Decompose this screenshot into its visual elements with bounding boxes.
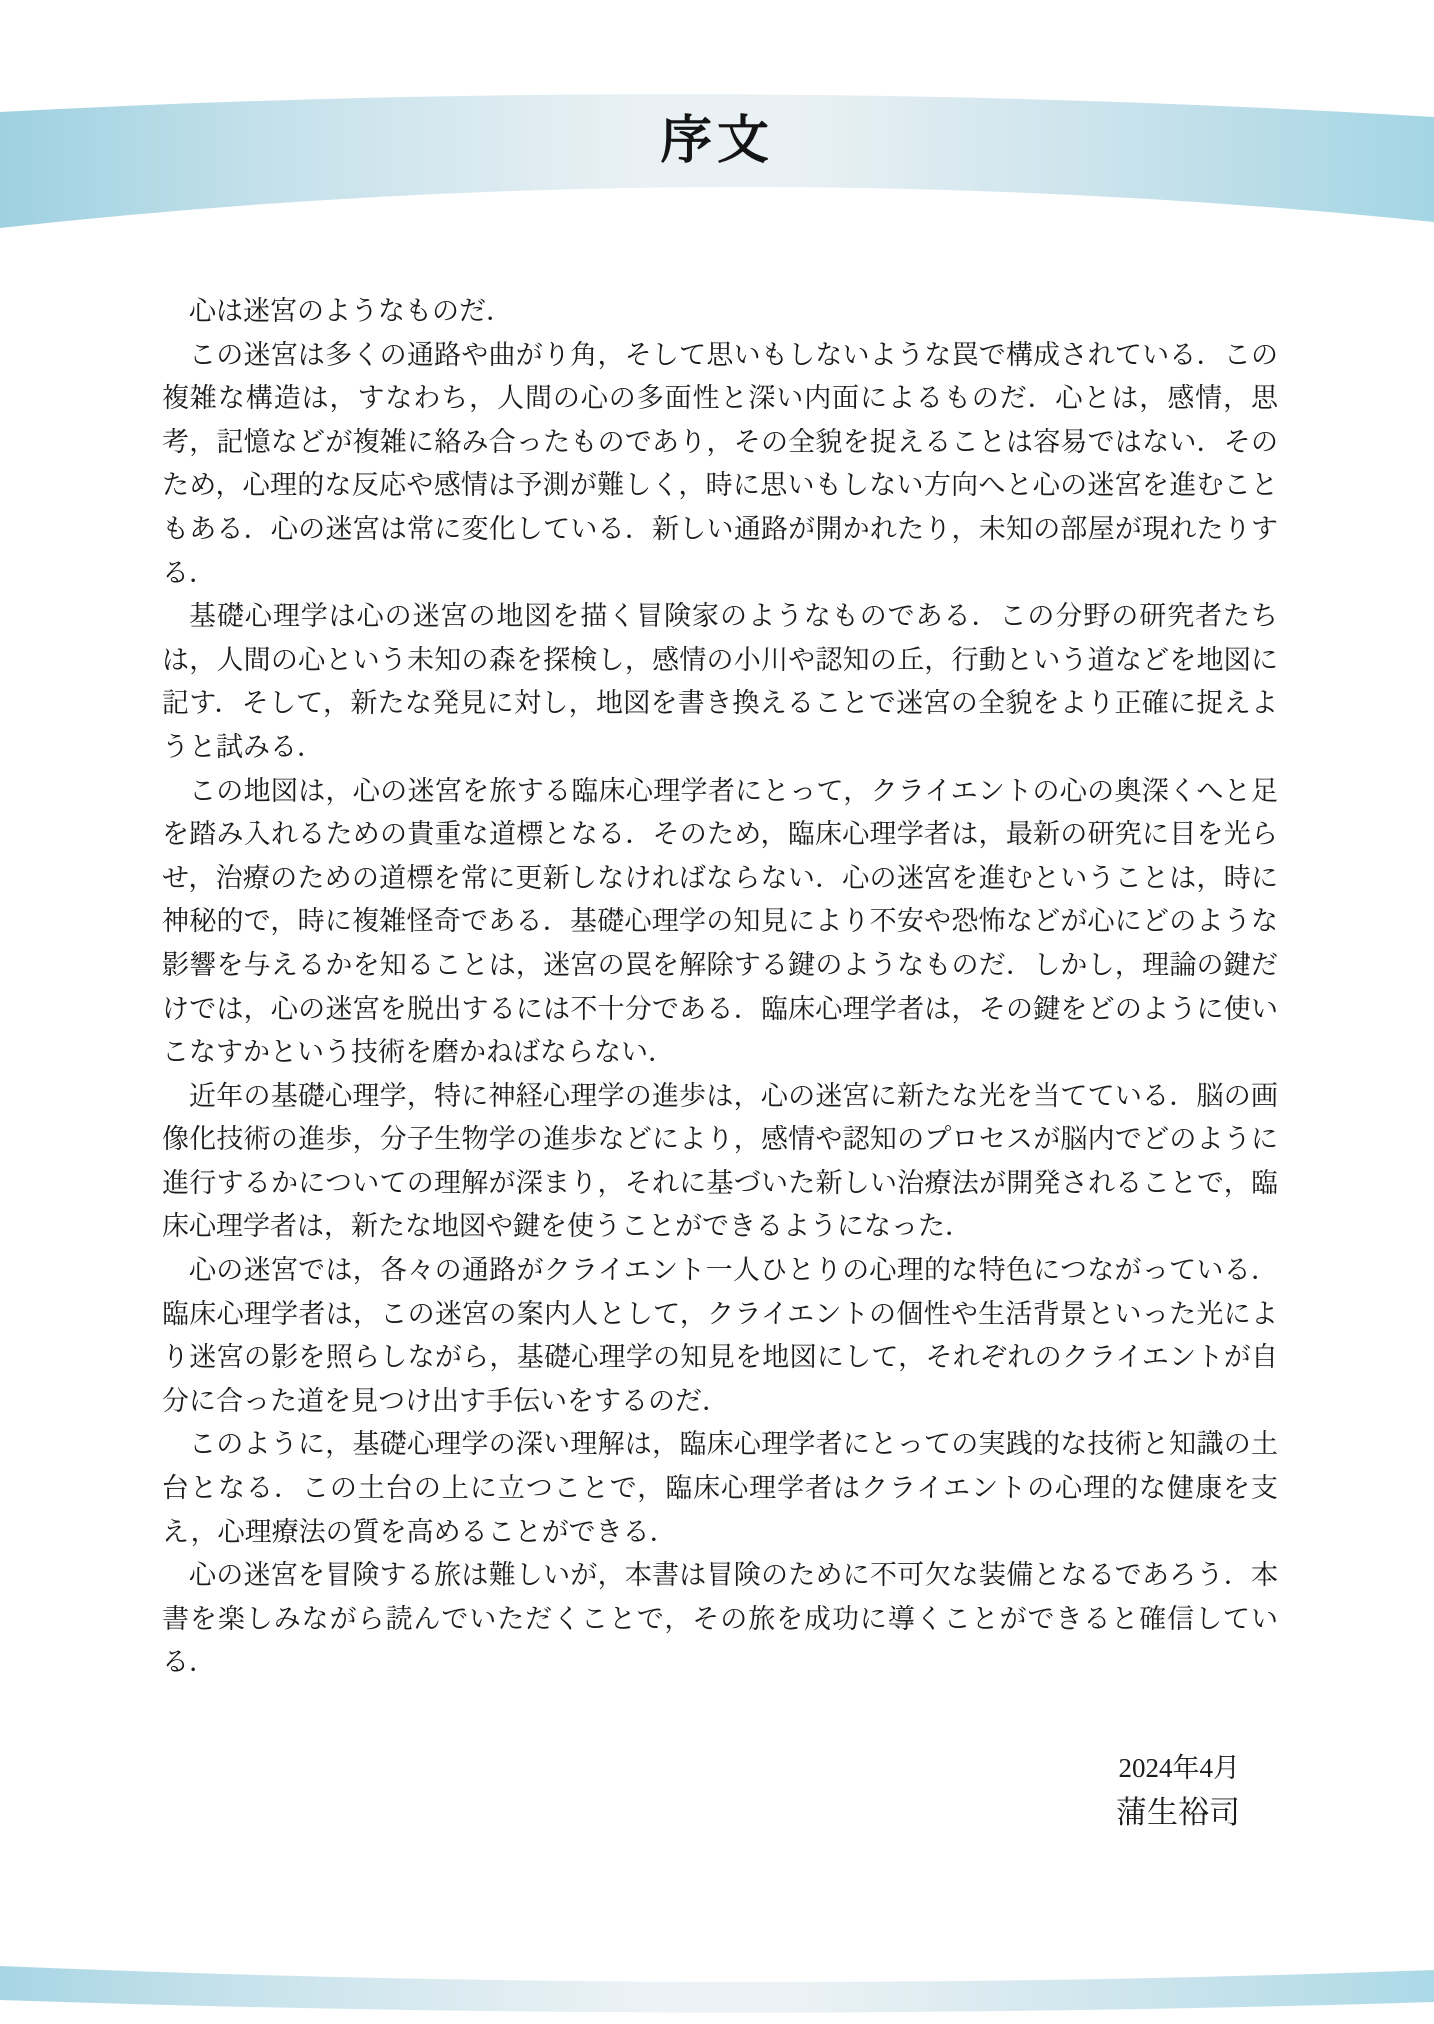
signature-author: 蒲生裕司 bbox=[1116, 1790, 1240, 1836]
paragraph: 心の迷宮では，各々の通路がクライエント一人ひとりの心理的な特色につながっている．… bbox=[162, 1249, 1278, 1423]
signature-block: 2024年4月 蒲生裕司 bbox=[1116, 1746, 1240, 1836]
signature-date: 2024年4月 bbox=[1116, 1746, 1240, 1790]
paragraph: この地図は，心の迷宮を旅する臨床心理学者にとって，クライエントの心の奥深くへと足… bbox=[162, 770, 1278, 1075]
footer-ribbon bbox=[0, 1960, 1434, 2024]
paragraph: 心は迷宮のようなものだ． bbox=[162, 290, 1278, 334]
page-title: 序文 bbox=[0, 112, 1434, 170]
paragraph: 基礎心理学は心の迷宮の地図を描く冒険家のようなものである．この分野の研究者たちは… bbox=[162, 595, 1278, 769]
paragraph: この迷宮は多くの通路や曲がり角，そして思いもしないような罠で構成されている．この… bbox=[162, 334, 1278, 596]
preface-body: 心は迷宮のようなものだ．この迷宮は多くの通路や曲がり角，そして思いもしないような… bbox=[162, 290, 1278, 1685]
paragraph: 心の迷宮を冒険する旅は難しいが，本書は冒険のために不可欠な装備となるであろう．本… bbox=[162, 1554, 1278, 1685]
paragraph: このように，基礎心理学の深い理解は，臨床心理学者にとっての実践的な技術と知識の土… bbox=[162, 1423, 1278, 1554]
preface-page: 序文 心は迷宮のようなものだ．この迷宮は多くの通路や曲がり角，そして思いもしない… bbox=[0, 0, 1434, 2024]
paragraph: 近年の基礎心理学，特に神経心理学の進歩は，心の迷宮に新たな光を当てている．脳の画… bbox=[162, 1075, 1278, 1249]
